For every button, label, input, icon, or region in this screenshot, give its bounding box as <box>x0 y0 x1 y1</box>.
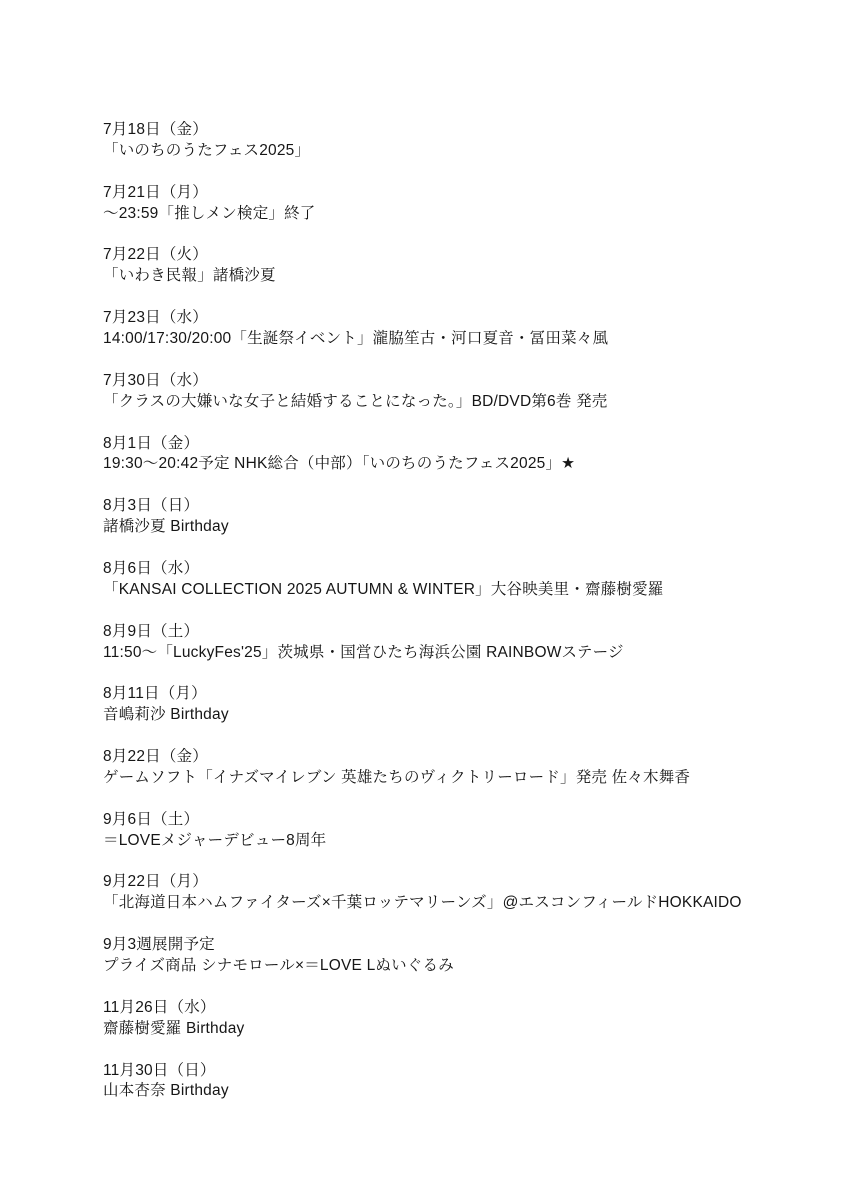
schedule-entry: 8月3日（日） 諸橋沙夏 Birthday <box>103 496 809 538</box>
schedule-entry: 7月21日（月） ～23:59「推しメン検定」終了 <box>103 183 809 225</box>
entry-date: 8月6日（水） <box>103 559 809 580</box>
entry-detail: 「いわき民報」諸橋沙夏 <box>103 266 809 287</box>
entry-date: 11月26日（水） <box>103 998 809 1019</box>
schedule-entry: 7月22日（火） 「いわき民報」諸橋沙夏 <box>103 245 809 287</box>
schedule-entry: 8月22日（金） ゲームソフト「イナズマイレブン 英雄たちのヴィクトリーロード」… <box>103 747 809 789</box>
entry-date: 8月1日（金） <box>103 434 809 455</box>
entry-date: 8月11日（月） <box>103 684 809 705</box>
schedule-entry: 9月3週展開予定 プライズ商品 シナモロール×＝LOVE Lぬいぐるみ <box>103 935 809 977</box>
entry-date: 7月22日（火） <box>103 245 809 266</box>
document-page: 7月18日（金） 「いのちのうたフェス2025」 7月21日（月） ～23:59… <box>0 0 849 1200</box>
schedule-entry: 9月22日（月） 「北海道日本ハムファイターズ×千葉ロッテマリーンズ」@エスコン… <box>103 872 809 914</box>
schedule-entry: 9月6日（土） ＝LOVEメジャーデビュー8周年 <box>103 810 809 852</box>
entry-detail: 「KANSAI COLLECTION 2025 AUTUMN & WINTER」… <box>103 580 809 601</box>
entry-detail: プライズ商品 シナモロール×＝LOVE Lぬいぐるみ <box>103 956 809 977</box>
entry-detail: ～23:59「推しメン検定」終了 <box>103 204 809 225</box>
entry-date: 8月22日（金） <box>103 747 809 768</box>
entry-detail: 山本杏奈 Birthday <box>103 1081 809 1102</box>
entry-detail: ゲームソフト「イナズマイレブン 英雄たちのヴィクトリーロード」発売 佐々木舞香 <box>103 768 809 789</box>
entry-date: 8月9日（土） <box>103 622 809 643</box>
entry-date: 7月30日（水） <box>103 371 809 392</box>
schedule-entry: 11月26日（水） 齋藤樹愛羅 Birthday <box>103 998 809 1040</box>
schedule-entry: 8月1日（金） 19:30～20:42予定 NHK総合（中部）「いのちのうたフェ… <box>103 434 809 476</box>
entry-detail: 「クラスの大嫌いな女子と結婚することになった。」BD/DVD第6巻 発売 <box>103 392 809 413</box>
entry-date: 9月6日（土） <box>103 810 809 831</box>
entry-detail: 諸橋沙夏 Birthday <box>103 517 809 538</box>
entry-date: 9月3週展開予定 <box>103 935 809 956</box>
schedule-entry: 11月30日（日） 山本杏奈 Birthday <box>103 1061 809 1103</box>
entry-date: 11月30日（日） <box>103 1061 809 1082</box>
schedule-entry: 7月18日（金） 「いのちのうたフェス2025」 <box>103 120 809 162</box>
schedule-entry: 8月6日（水） 「KANSAI COLLECTION 2025 AUTUMN &… <box>103 559 809 601</box>
entry-detail: 14:00/17:30/20:00「生誕祭イベント」瀧脇笙古・河口夏音・冨田菜々… <box>103 329 809 350</box>
schedule-entry: 8月11日（月） 音嶋莉沙 Birthday <box>103 684 809 726</box>
schedule-list: 7月18日（金） 「いのちのうたフェス2025」 7月21日（月） ～23:59… <box>103 120 809 1123</box>
entry-date: 7月18日（金） <box>103 120 809 141</box>
entry-date: 7月21日（月） <box>103 183 809 204</box>
schedule-entry: 7月30日（水） 「クラスの大嫌いな女子と結婚することになった。」BD/DVD第… <box>103 371 809 413</box>
entry-detail: 19:30～20:42予定 NHK総合（中部）「いのちのうたフェス2025」★ <box>103 454 809 475</box>
entry-date: 8月3日（日） <box>103 496 809 517</box>
entry-detail: ＝LOVEメジャーデビュー8周年 <box>103 831 809 852</box>
schedule-entry: 7月23日（水） 14:00/17:30/20:00「生誕祭イベント」瀧脇笙古・… <box>103 308 809 350</box>
entry-detail: 齋藤樹愛羅 Birthday <box>103 1019 809 1040</box>
entry-detail: 「北海道日本ハムファイターズ×千葉ロッテマリーンズ」@エスコンフィールドHOKK… <box>103 893 809 914</box>
entry-detail: 11:50～「LuckyFes'25」茨城県・国営ひたち海浜公園 RAINBOW… <box>103 643 809 664</box>
entry-detail: 「いのちのうたフェス2025」 <box>103 141 809 162</box>
schedule-entry: 8月9日（土） 11:50～「LuckyFes'25」茨城県・国営ひたち海浜公園… <box>103 622 809 664</box>
entry-detail: 音嶋莉沙 Birthday <box>103 705 809 726</box>
entry-date: 7月23日（水） <box>103 308 809 329</box>
entry-date: 9月22日（月） <box>103 872 809 893</box>
